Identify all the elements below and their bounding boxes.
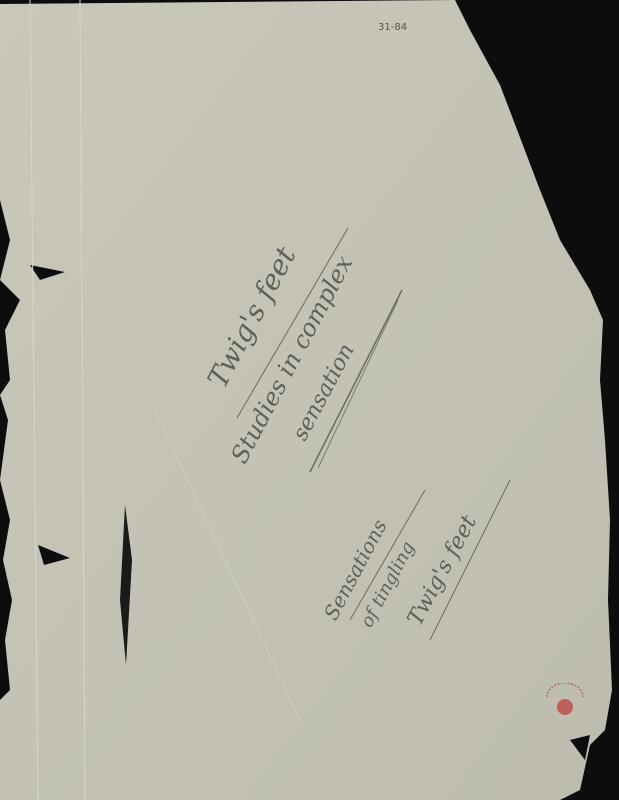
page-number: 31-84 xyxy=(378,22,407,33)
archive-stamp xyxy=(541,683,589,719)
